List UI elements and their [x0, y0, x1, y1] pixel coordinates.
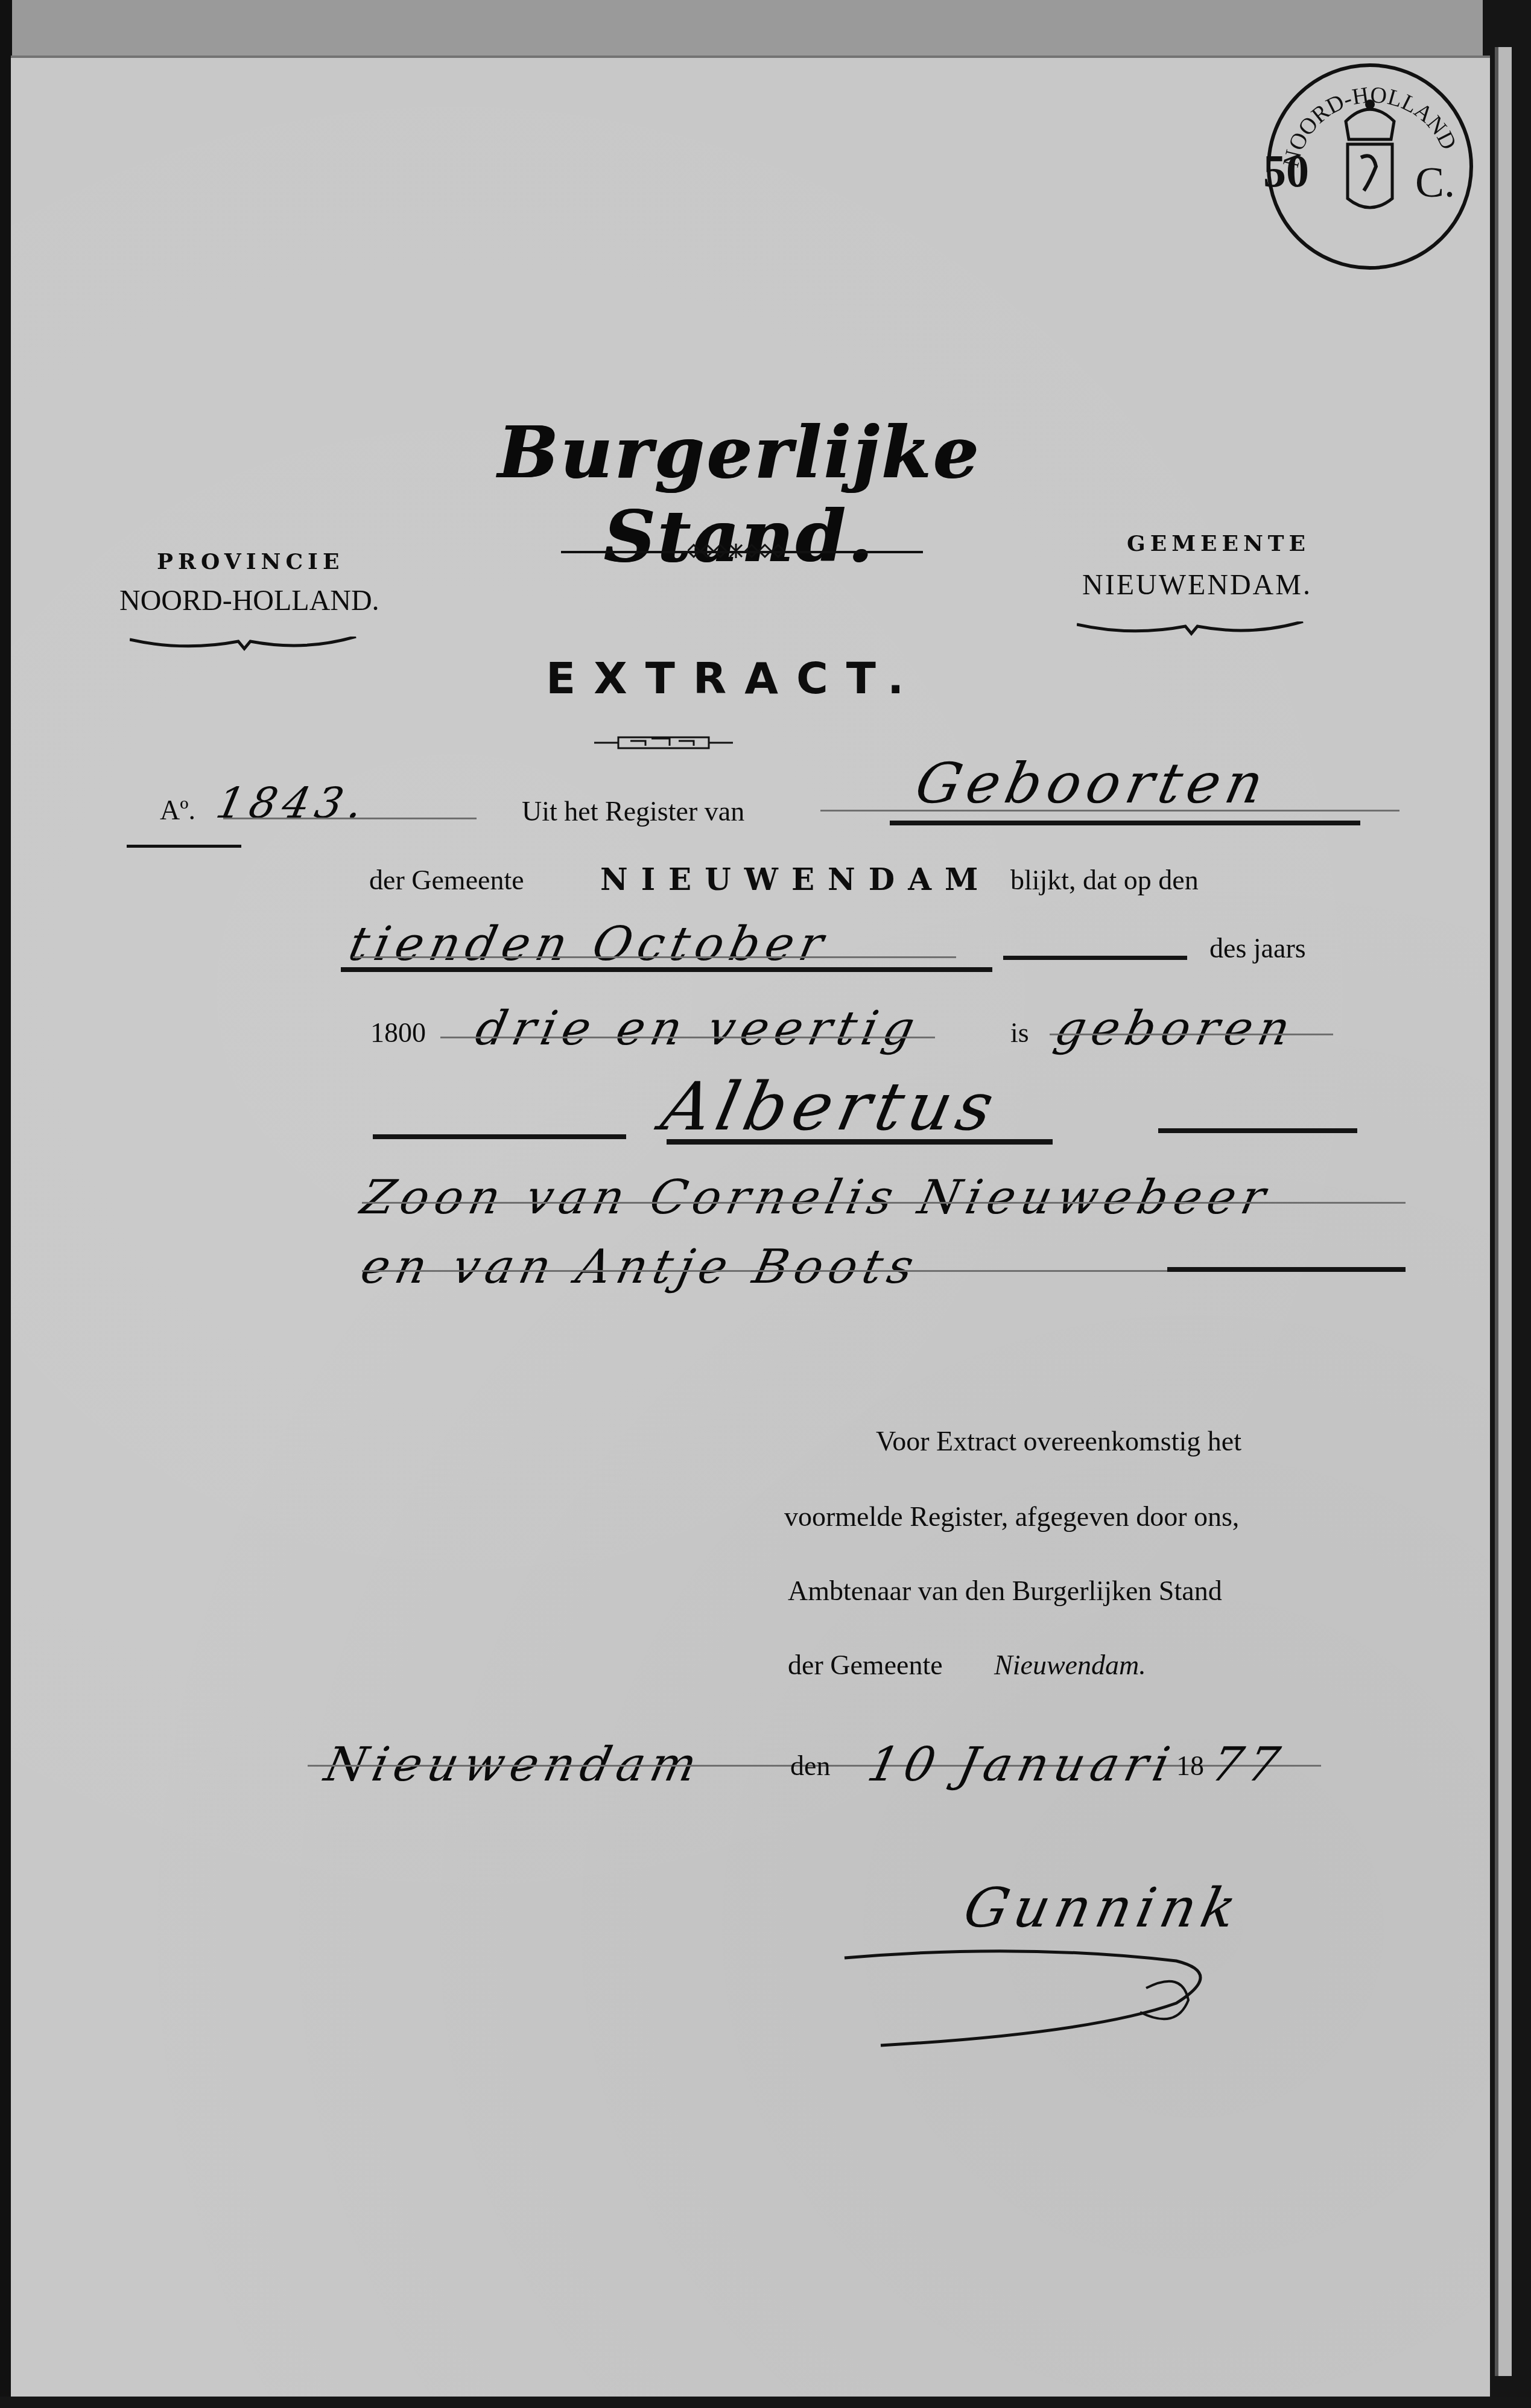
municipality-value: NIEUWENDAM.	[1082, 568, 1312, 602]
page-edge-beneath	[1495, 47, 1512, 2376]
date-fill-line	[1003, 956, 1187, 960]
municipality-bold-name: NIEUWENDAM	[600, 862, 991, 897]
certification-line-4-prefix: der Gemeente	[788, 1649, 943, 1681]
father-field-line	[362, 1202, 1406, 1204]
municipality-brace-ornament	[1077, 621, 1306, 640]
issuance-month-handwritten: Januari	[953, 1738, 1180, 1792]
register-type-handwritten: Geboorten	[910, 751, 1275, 816]
event-field-line	[1050, 1034, 1333, 1035]
stamp-value: 50	[1263, 145, 1309, 198]
record-number: 1843.	[212, 778, 373, 828]
issuance-year-prefix: 18	[1176, 1750, 1204, 1782]
mother-line-handwritten: en van Antje Boots	[356, 1240, 924, 1294]
register-label: Uit het Register van	[522, 795, 744, 827]
page-top-edge	[11, 56, 1490, 58]
year-field-line	[440, 1037, 935, 1038]
child-name-handwritten: Albertus	[655, 1068, 1006, 1145]
date-underline	[341, 967, 992, 972]
year-words-handwritten: drie en veertig	[471, 1002, 925, 1056]
record-number-line	[223, 818, 477, 819]
date-field-line	[353, 956, 956, 958]
record-number-underline	[127, 845, 241, 848]
register-underline	[890, 821, 1360, 825]
des-jaars-text: des jaars	[1209, 932, 1306, 964]
municipality-prefix-text: der Gemeente	[369, 864, 524, 896]
document-page	[11, 56, 1490, 2397]
name-left-fill-line	[373, 1134, 626, 1139]
signature-flourish	[838, 1931, 1249, 2051]
father-line-handwritten: Zoon van Cornelis Nieuwebeer	[356, 1171, 1276, 1225]
certification-line-2: voormelde Register, afgegeven door ons,	[784, 1501, 1239, 1533]
mother-fill-line	[1167, 1267, 1406, 1272]
background-bottom	[0, 2397, 1531, 2408]
background-left-edge	[0, 0, 12, 2408]
stamp-unit: C.	[1415, 157, 1455, 208]
certification-line-3: Ambtenaar van den Burgerlijken Stand	[788, 1575, 1222, 1607]
is-text: is	[1010, 1017, 1029, 1049]
mother-field-line	[362, 1270, 1170, 1272]
document-type-heading: EXTRACT.	[546, 653, 922, 704]
name-right-fill-line	[1158, 1128, 1357, 1133]
issuance-year-suffix-handwritten: 77	[1206, 1738, 1290, 1792]
background-top	[0, 0, 1531, 60]
certification-municipality: Nieuwendam.	[994, 1649, 1146, 1681]
municipality-label: GEMEENTE	[1127, 531, 1310, 556]
issuance-day-handwritten: 10	[863, 1738, 946, 1792]
revenue-stamp: NOORD-HOLLAND 50 C.	[1267, 63, 1473, 270]
record-number-prefix: Aº.	[160, 794, 195, 826]
blijkt-text: blijkt, dat op den	[1010, 864, 1199, 896]
province-brace-ornament	[130, 637, 359, 655]
province-value: NOORD-HOLLAND.	[119, 584, 379, 617]
child-name-underline	[667, 1139, 1053, 1145]
issuance-den-text: den	[790, 1750, 830, 1782]
event-handwritten: geboren	[1050, 1002, 1301, 1056]
certification-line-1: Voor Extract overeenkomstig het	[876, 1425, 1241, 1457]
greek-key-ornament-icon	[594, 735, 733, 751]
century-prefix: 1800	[370, 1017, 426, 1049]
birth-day-month-handwritten: tienden October	[344, 917, 834, 971]
province-label: PROVINCIE	[157, 549, 344, 574]
diamond-ornament-icon	[688, 542, 796, 559]
